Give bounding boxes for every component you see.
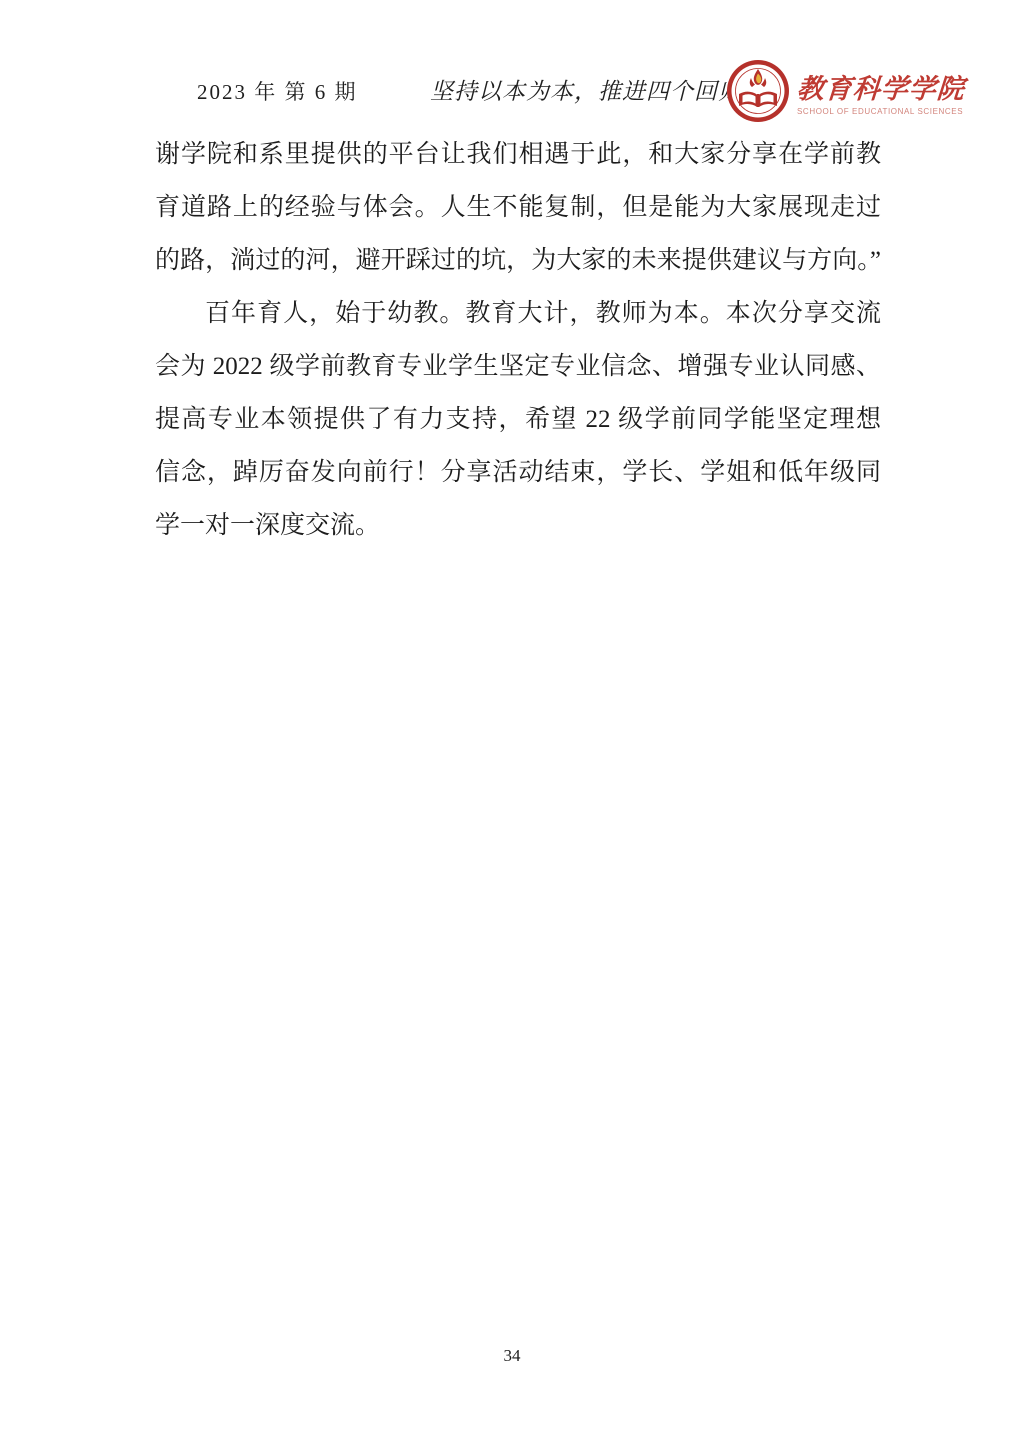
paragraph2-line: 提高专业本领提供了有力支持，希望 22 级学前同学能坚定理想 — [155, 393, 881, 446]
school-name-cn: 教育科学学院 — [796, 67, 967, 106]
school-emblem-icon — [725, 58, 791, 124]
paragraph2-line: 学一对一深度交流。 — [155, 499, 881, 552]
article-body: 谢学院和系里提供的平台让我们相遇于此，和大家分享在学前教 育道路上的经验与体会。… — [155, 128, 881, 552]
school-logo: 教育科学学院 SCHOOL OF EDUCATIONAL SCIENCES — [725, 58, 965, 124]
paragraph1-line: 育道路上的经验与体会。人生不能复制，但是能为大家展现走过 — [155, 181, 881, 234]
school-name-block: 教育科学学院 SCHOOL OF EDUCATIONAL SCIENCES — [797, 67, 965, 116]
paragraph2-line: 信念，踔厉奋发向前行！分享活动结束，学长、学姐和低年级同 — [155, 446, 881, 499]
header-motto: 坚持以本为本，推进四个回归 — [430, 73, 742, 106]
paragraph1-line: 的路，淌过的河，避开踩过的坑，为大家的未来提供建议与方向。” — [155, 234, 881, 287]
page-header: 2023 年 第 6 期 坚持以本为本，推进四个回归 — [0, 58, 1024, 130]
paragraph2-line: 会为 2022 级学前教育专业学生坚定专业信念、增强专业认同感、 — [155, 340, 881, 393]
school-name-en: SCHOOL OF EDUCATIONAL SCIENCES — [797, 107, 965, 116]
issue-label: 2023 年 第 6 期 — [197, 76, 358, 106]
paragraph2-line: 百年育人，始于幼教。教育大计，教师为本。本次分享交流 — [155, 287, 881, 340]
page-footer: 34 — [0, 1346, 1024, 1366]
page-number: 34 — [504, 1346, 521, 1365]
paragraph1-line: 谢学院和系里提供的平台让我们相遇于此，和大家分享在学前教 — [155, 128, 881, 181]
document-page: 2023 年 第 6 期 坚持以本为本，推进四个回归 — [0, 0, 1024, 1448]
